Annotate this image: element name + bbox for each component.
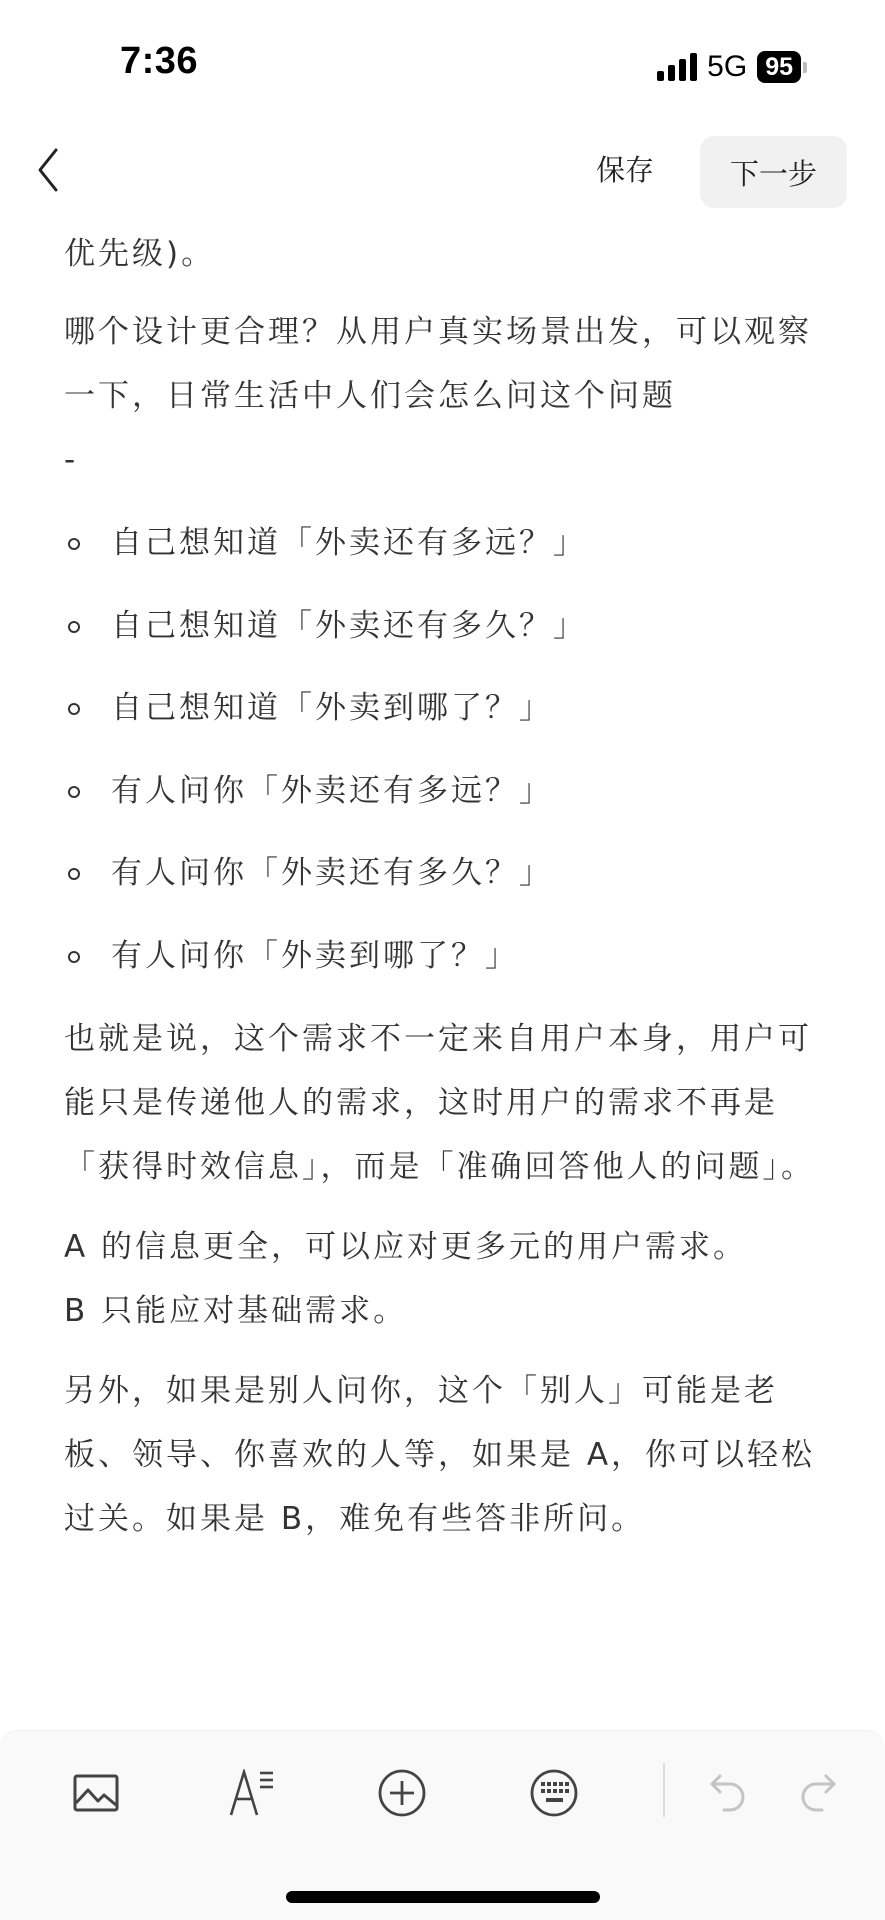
paragraph-question: 哪个设计更合理？从用户真实场景出发，可以观察一下，日常生活中人们会怎么问这个问题 xyxy=(64,300,824,428)
keyboard-toggle-button[interactable] xyxy=(524,1763,584,1823)
status-time: 7:36 xyxy=(120,40,198,83)
signal-icon xyxy=(657,53,697,81)
add-circle-icon xyxy=(377,1768,427,1818)
list-item: 有人问你「外卖还有多久？」 xyxy=(64,832,824,915)
bullet-circle-icon xyxy=(68,538,80,550)
editor-screen: 7:36 5G 95 保存 下一步 优先级)。 哪个设 xyxy=(0,0,885,1920)
toolbar-divider xyxy=(663,1763,665,1817)
save-button[interactable]: 保存 xyxy=(596,148,654,192)
battery-cap xyxy=(803,62,807,73)
list-item: 自己想知道「外卖还有多远？」 xyxy=(64,502,824,585)
redo-button[interactable] xyxy=(786,1763,846,1823)
bullet-circle-icon xyxy=(68,621,80,633)
question-text: 哪个设计更合理？从用户真实场景出发，可以观察一下，日常生活中人们会怎么问这个问题 xyxy=(64,314,812,414)
undo-button[interactable] xyxy=(700,1763,760,1823)
insert-button[interactable] xyxy=(372,1763,432,1823)
article-body[interactable]: 优先级)。 哪个设计更合理？从用户真实场景出发，可以观察一下，日常生活中人们会怎… xyxy=(64,222,824,1567)
list-item: 自己想知道「外卖还有多久？」 xyxy=(64,585,824,668)
scenario-list: 自己想知道「外卖还有多远？」 自己想知道「外卖还有多久？」 自己想知道「外卖到哪… xyxy=(64,502,824,997)
paragraph-comparison: A 的信息更全，可以应对更多元的用户需求。 B 只能应对基础需求。 xyxy=(64,1215,824,1343)
nav-bar: 保存 下一步 xyxy=(0,134,885,206)
redo-icon xyxy=(794,1770,838,1816)
chevron-left-icon xyxy=(30,144,70,196)
list-item: 有人问你「外卖到哪了？」 xyxy=(64,915,824,998)
back-button[interactable] xyxy=(30,144,70,196)
bullet-circle-icon xyxy=(68,951,80,963)
comparison-a: A 的信息更全，可以应对更多元的用户需求。 xyxy=(64,1229,747,1265)
text-format-icon xyxy=(227,1769,277,1817)
paragraph-trailing-dash: - xyxy=(64,428,824,492)
insert-image-button[interactable] xyxy=(66,1763,126,1823)
image-icon xyxy=(72,1773,120,1813)
battery-level: 95 xyxy=(757,51,801,83)
status-bar: 7:36 5G 95 xyxy=(0,0,885,120)
paragraph-intro: 优先级)。 xyxy=(64,222,824,286)
network-type: 5G xyxy=(707,50,747,84)
next-step-button[interactable]: 下一步 xyxy=(700,136,847,208)
battery-icon: 95 xyxy=(757,51,807,83)
list-item: 自己想知道「外卖到哪了？」 xyxy=(64,667,824,750)
editor-toolbar xyxy=(0,1730,885,1920)
comparison-b: B 只能应对基础需求。 xyxy=(64,1293,407,1329)
bullet-circle-icon xyxy=(68,786,80,798)
undo-icon xyxy=(708,1770,752,1816)
keyboard-icon xyxy=(529,1768,579,1818)
paragraph-user-need: 也就是说，这个需求不一定来自用户本身，用户可能只是传递他人的需求，这时用户的需求… xyxy=(64,1007,824,1199)
home-indicator[interactable] xyxy=(286,1891,600,1903)
text-format-button[interactable] xyxy=(222,1763,282,1823)
bullet-circle-icon xyxy=(68,868,80,880)
bullet-circle-icon xyxy=(68,703,80,715)
paragraph-conclusion: 另外，如果是别人问你，这个「别人」可能是老板、领导、你喜欢的人等，如果是 A，你… xyxy=(64,1359,824,1551)
status-indicators: 5G 95 xyxy=(657,50,807,84)
list-item: 有人问你「外卖还有多远？」 xyxy=(64,750,824,833)
